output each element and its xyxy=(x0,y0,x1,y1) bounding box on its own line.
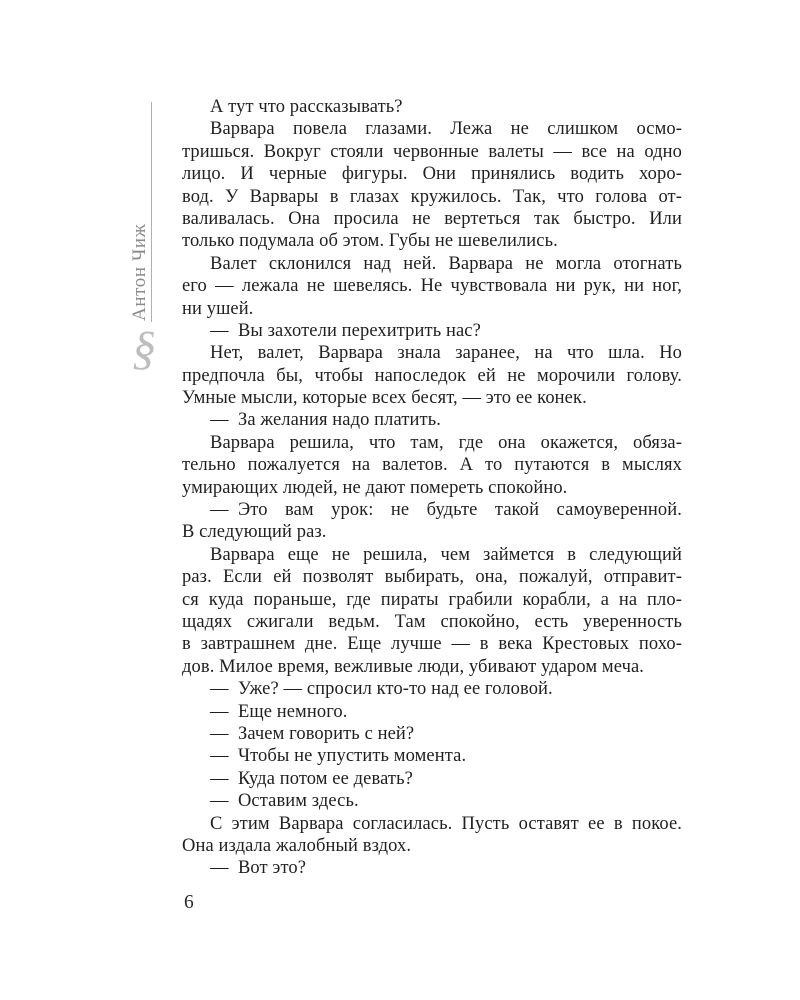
page-number: 6 xyxy=(184,892,194,914)
text-line: — Это вам урок: не будьте такой самоувер… xyxy=(182,499,682,521)
text-line: тришься. Вокруг стояли червонные валеты … xyxy=(182,141,682,163)
ornament-swirl-icon: § xyxy=(122,322,166,376)
text-line: В следующий раз. xyxy=(182,521,682,543)
book-page: Антон Чиж § А тут что рассказывать?Варва… xyxy=(0,0,800,1000)
text-line: валивалась. Она просила не вертеться так… xyxy=(182,208,682,230)
text-line: Валет склонился над ней. Варвара не могл… xyxy=(182,253,682,275)
text-line: раз. Если ей позволят выбирать, она, пож… xyxy=(182,566,682,588)
text-line: тельно пожалуется на валетов. А то путаю… xyxy=(182,454,682,476)
text-line: вод. У Варвары в глазах кружилось. Так, … xyxy=(182,186,682,208)
text-line: Нет, валет, Варвара знала заранее, на чт… xyxy=(182,342,682,364)
text-line: Варвара еще не решила, чем займется в сл… xyxy=(182,544,682,566)
text-line: Варвара повела глазами. Лежа не слишком … xyxy=(182,118,682,140)
text-line: Умные мысли, которые всех бесят, — это е… xyxy=(182,387,682,409)
text-line: Варвара решила, что там, где она окажетс… xyxy=(182,432,682,454)
text-line: — Зачем говорить с ней? xyxy=(182,723,682,745)
text-line: только подумала об этом. Губы не шевелил… xyxy=(182,230,682,252)
text-line: С этим Варвара согласилась. Пусть оставя… xyxy=(182,813,682,835)
sidebar-divider-line xyxy=(151,102,152,322)
text-line: — Вы захотели перехитрить нас? xyxy=(182,320,682,342)
text-line: щадях сжигали ведьм. Там спокойно, есть … xyxy=(182,611,682,633)
text-line: умирающих людей, не дают помереть спокой… xyxy=(182,477,682,499)
text-line: — За желания надо платить. xyxy=(182,409,682,431)
text-line: А тут что рассказывать? xyxy=(182,96,682,118)
text-line: — Уже? — спросил кто-то над ее головой. xyxy=(182,678,682,700)
text-line: — Вот это? xyxy=(182,857,682,879)
text-line: дов. Милое время, вежливые люди, убивают… xyxy=(182,656,682,678)
text-line: лицо. И черные фигуры. Они принялись вод… xyxy=(182,163,682,185)
text-block: А тут что рассказывать?Варвара повела гл… xyxy=(182,96,682,880)
text-line: Она издала жалобный вздох. xyxy=(182,835,682,857)
text-line: его — лежала не шевелясь. Не чувствовала… xyxy=(182,275,682,297)
text-line: предпочла бы, чтобы напоследок ей не мор… xyxy=(182,365,682,387)
text-line: — Еще немного. xyxy=(182,701,682,723)
text-line: — Оставим здесь. xyxy=(182,790,682,812)
text-line: — Чтобы не упустить момента. xyxy=(182,745,682,767)
text-line: в завтрашнем дне. Еще лучше — в века Кре… xyxy=(182,633,682,655)
text-line: ни ушей. xyxy=(182,298,682,320)
text-line: — Куда потом ее девать? xyxy=(182,768,682,790)
text-line: ся куда пораньше, где пираты грабили кор… xyxy=(182,589,682,611)
sidebar-author-name: Антон Чиж xyxy=(129,224,151,321)
